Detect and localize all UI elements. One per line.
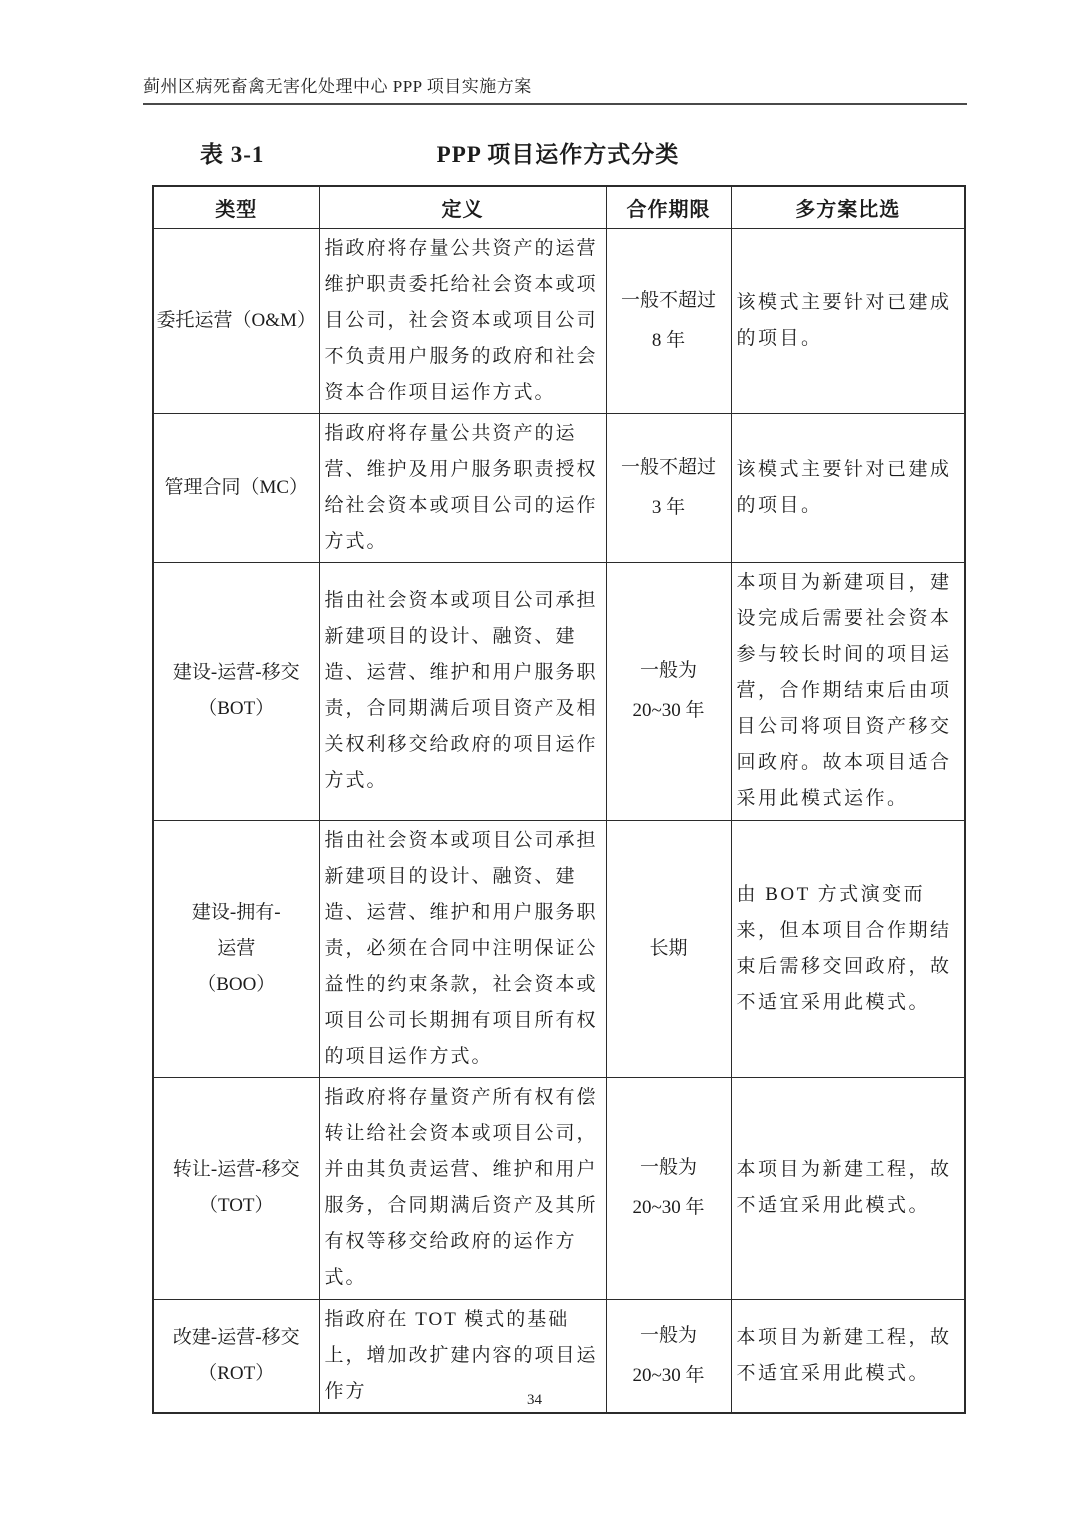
- column-header-type: 类型: [153, 186, 319, 228]
- comparison-cell: 本项目为新建工程，故不适宜采用此模式。: [731, 1077, 965, 1299]
- type-cell: 转让-运营-移交 （TOT）: [153, 1077, 319, 1299]
- type-cell: 建设-运营-移交 （BOT）: [153, 562, 319, 820]
- comparison-cell: 该模式主要针对已建成的项目。: [731, 413, 965, 562]
- period-cell: 长期: [606, 820, 731, 1077]
- ppp-modes-table-wrapper: 类型 定义 合作期限 多方案比选 委托运营（O&M） 指政府将存量公共资产的运营…: [152, 185, 964, 1414]
- table-row-bot: 建设-运营-移交 （BOT） 指由社会资本或项目公司承担新建项目的设计、融资、建…: [153, 562, 965, 820]
- definition-cell: 指由社会资本或项目公司承担新建项目的设计、融资、建造、运营、维护和用户服务职责，…: [319, 562, 606, 820]
- ppp-modes-table: 类型 定义 合作期限 多方案比选 委托运营（O&M） 指政府将存量公共资产的运营…: [152, 185, 966, 1414]
- page-number: 34: [0, 1392, 1069, 1409]
- type-cell: 建设-拥有- 运营 （BOO）: [153, 820, 319, 1077]
- table-header-row: 类型 定义 合作期限 多方案比选: [153, 186, 965, 228]
- definition-cell: 指政府将存量公共资产的运营、维护及用户服务职责授权给社会资本或项目公司的运作方式…: [319, 413, 606, 562]
- column-header-definition: 定义: [319, 186, 606, 228]
- column-header-comparison: 多方案比选: [731, 186, 965, 228]
- table-row-boo: 建设-拥有- 运营 （BOO） 指由社会资本或项目公司承担新建项目的设计、融资、…: [153, 820, 965, 1077]
- period-cell: 一般为 20~30 年: [606, 1077, 731, 1299]
- table-caption-title: PPP 项目运作方式分类: [152, 136, 964, 169]
- document-page: 蓟州区病死畜禽无害化处理中心 PPP 项目实施方案 表 3-1 PPP 项目运作…: [0, 0, 1069, 1514]
- period-cell: 一般为 20~30 年: [606, 562, 731, 820]
- period-cell: 一般不超过 3 年: [606, 413, 731, 562]
- definition-cell: 指政府将存量公共资产的运营维护职责委托给社会资本或项目公司，社会资本或项目公司不…: [319, 228, 606, 413]
- running-header-title: 蓟州区病死畜禽无害化处理中心 PPP 项目实施方案: [143, 72, 967, 105]
- column-header-period: 合作期限: [606, 186, 731, 228]
- table-caption: 表 3-1 PPP 项目运作方式分类: [152, 136, 964, 172]
- period-cell: 一般不超过 8 年: [606, 228, 731, 413]
- table-row-oandm: 委托运营（O&M） 指政府将存量公共资产的运营维护职责委托给社会资本或项目公司，…: [153, 228, 965, 413]
- table-row-tot: 转让-运营-移交 （TOT） 指政府将存量资产所有权有偿转让给社会资本或项目公司…: [153, 1077, 965, 1299]
- comparison-cell: 该模式主要针对已建成的项目。: [731, 228, 965, 413]
- comparison-cell: 由 BOT 方式演变而来，但本项目合作期结束后需移交回政府，故不适宜采用此模式。: [731, 820, 965, 1077]
- definition-cell: 指由社会资本或项目公司承担新建项目的设计、融资、建造、运营、维护和用户服务职责，…: [319, 820, 606, 1077]
- table-row-mc: 管理合同（MC） 指政府将存量公共资产的运营、维护及用户服务职责授权给社会资本或…: [153, 413, 965, 562]
- type-cell: 委托运营（O&M）: [153, 228, 319, 413]
- definition-cell: 指政府将存量资产所有权有偿转让给社会资本或项目公司，并由其负责运营、维护和用户服…: [319, 1077, 606, 1299]
- comparison-cell: 本项目为新建项目，建设完成后需要社会资本参与较长时间的项目运营，合作期结束后由项…: [731, 562, 965, 820]
- type-cell: 管理合同（MC）: [153, 413, 319, 562]
